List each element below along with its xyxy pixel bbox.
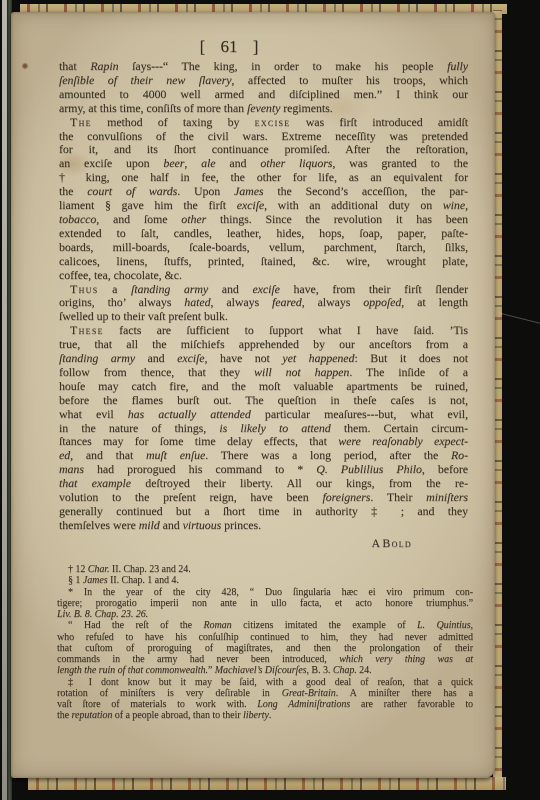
text-line: the reputation of a people abroad, than … bbox=[57, 710, 473, 721]
text-line: ſtanding army and exciſe, have not yet h… bbox=[59, 352, 468, 366]
text-line: length the ruin of that commonwealth.” M… bbox=[57, 665, 473, 676]
text-line: “ Had the reſt of the Roman citizens imi… bbox=[57, 620, 473, 631]
text-line: amounted to 4000 well armed and diſcipli… bbox=[59, 88, 468, 102]
text-line: the court of wards. Upon James the Secon… bbox=[59, 185, 468, 199]
body-text: that Rapin ſays---“ The king, in order t… bbox=[59, 60, 468, 533]
catchword: A Bold bbox=[59, 536, 412, 551]
text-line: that Rapin ſays---“ The king, in order t… bbox=[59, 60, 468, 74]
text-line: ſwelled up to their vaſt preſent bulk. bbox=[59, 310, 468, 324]
text-line: follow from thence, that they will not h… bbox=[59, 366, 468, 380]
text-line: ed, and that muſt enſue. There was a lon… bbox=[59, 449, 468, 463]
text-line: that example deſtroyed their liberty. Al… bbox=[59, 477, 468, 491]
text-line: liament § gave him the firſt exciſe, wit… bbox=[59, 199, 468, 213]
text-line: generally continued but a ſhort time in … bbox=[59, 505, 468, 519]
text-line: ſenſible of their new ſlavery, affected … bbox=[59, 74, 468, 88]
text-line: who refuſed to have his conſulſhip conti… bbox=[57, 632, 473, 643]
text-line: an exciſe upon beer, ale and other liquo… bbox=[59, 157, 468, 171]
text-line: ſtances may for ſome time delay effects,… bbox=[59, 435, 468, 449]
scan-background: [ 61 ] that Rapin ſays---“ The king, in … bbox=[0, 0, 540, 800]
text-line: what evil has actually attended particul… bbox=[59, 408, 468, 422]
text-line: that cuſtom of proroguing of magiſtrates… bbox=[57, 643, 473, 654]
text-line: tigere; prorogatio imperii non ante in u… bbox=[57, 598, 473, 609]
text-line: the convulſions of the civil wars. Extre… bbox=[59, 130, 468, 144]
page-number: [ 61 ] bbox=[11, 37, 447, 57]
text-line: The method of taxing by excise was firſt… bbox=[59, 116, 468, 130]
text-line: volution to the preſent reign, have been… bbox=[59, 491, 468, 505]
text-line: calicoes, linens, ſtuffs, printed, ſtain… bbox=[59, 255, 468, 269]
page-edges-bottom bbox=[28, 777, 506, 790]
text-line: † king, one half in fee, the other for l… bbox=[59, 171, 468, 185]
text-line: boards, mill-boards, ſcale-boards, vellu… bbox=[59, 241, 468, 255]
text-line: before the flames burſt out. The queſtio… bbox=[59, 394, 468, 408]
text-line: Thus a ſtanding army and exciſe have, fr… bbox=[59, 283, 468, 297]
text-line: commands in the army had never been intr… bbox=[57, 654, 473, 665]
book-page: [ 61 ] that Rapin ſays---“ The king, in … bbox=[11, 12, 495, 778]
footnotes: † 12 Char. II. Chap. 23 and 24.§ 1 James… bbox=[57, 564, 473, 722]
text-line: tobacco, and ſome other things. Since th… bbox=[59, 213, 468, 227]
text-line: ‡ I dont know but it may be ſaid, with a… bbox=[57, 677, 473, 688]
text-line: * In the year of the city 428, “ Duo ſin… bbox=[57, 587, 473, 598]
text-line: These facts are ſufficient to ſupport wh… bbox=[59, 324, 468, 338]
text-line: rotation of miniſters is very deſirable … bbox=[57, 688, 473, 699]
text-line: origins, tho’ always hated, always feare… bbox=[59, 296, 468, 310]
text-line: coffee, tea, chocolate, &c. bbox=[59, 269, 468, 283]
text-line: army, at this time, conſiſts of more tha… bbox=[59, 102, 468, 116]
text-line: extended to ſalt, candles, leather, hide… bbox=[59, 227, 468, 241]
text-line: true, that all the miſchiefs apprehended… bbox=[59, 338, 468, 352]
text-line: in the nature of things, is likely to at… bbox=[59, 422, 468, 436]
text-line: vaſt ſtore of materials to work with. Lo… bbox=[57, 699, 473, 710]
text-line: § 1 James II. Chap. 1 and 4. bbox=[57, 575, 473, 586]
text-line: Liv. B. 8. Chap. 23. 26. bbox=[57, 609, 473, 620]
scratch-mark bbox=[499, 312, 540, 324]
text-line: themſelves were mild and virtuous prince… bbox=[59, 519, 468, 533]
text-line: † 12 Char. II. Chap. 23 and 24. bbox=[57, 564, 473, 575]
text-line: mans had prorogued his command to * Q. P… bbox=[59, 463, 468, 477]
text-line: houſe may catch fire, and the moſt valua… bbox=[59, 380, 468, 394]
text-line: for it, and its ſhort continuance promiſ… bbox=[59, 143, 468, 157]
